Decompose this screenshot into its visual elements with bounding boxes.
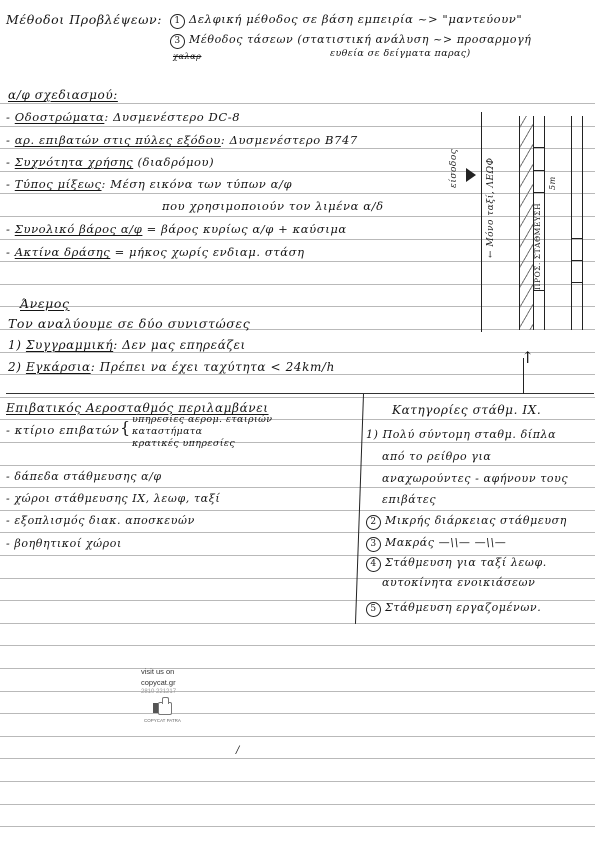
thumbs-up-icon <box>153 697 173 713</box>
ruled-line <box>0 103 595 104</box>
number-circle: 4 <box>366 557 381 572</box>
stall-divider <box>533 192 544 193</box>
design-item-text: που χρησιμοποιούν τον λιμένα α/δ <box>162 199 384 213</box>
design-item-text: : Μέση εικόνα των τύπων α/φ <box>102 177 293 191</box>
design-item-label: Ακτίνα δράσης <box>15 245 111 259</box>
design-item-label: αρ. επιβατών στις πύλες εξόδου <box>15 133 221 147</box>
ruled-line <box>0 465 595 466</box>
design-heading: α/φ σχεδιασμού: <box>8 88 118 102</box>
ruled-line <box>0 239 595 240</box>
design-item: - Οδοστρώματα: Δυσμενέστερο DC-8 <box>6 110 240 124</box>
stamp-phone: 2810 221217 <box>141 689 176 695</box>
parking-item-text: αναχωρούντες - αφήνουν τους <box>382 472 568 485</box>
number-circle: 3 <box>170 34 185 49</box>
brace-icon: { <box>120 418 131 437</box>
ruled-line <box>0 487 595 488</box>
terminal-item: - εξοπλισμός διακ. αποσκευών <box>6 514 195 527</box>
wind-item-text: : Πρέπει να έχει ταχύτητα < 24km/h <box>91 360 335 374</box>
road-edge <box>481 112 482 332</box>
parking-item-cont: επιβάτες <box>382 493 436 506</box>
design-item-label: Συνολικό βάρος α/φ <box>15 222 143 236</box>
ruled-line <box>0 171 595 172</box>
terminal-item: - δάπεδα στάθμευσης α/φ <box>6 470 162 483</box>
ruled-line <box>0 781 595 782</box>
design-item: - αρ. επιβατών στις πύλες εξόδου: Δυσμεν… <box>6 133 358 147</box>
ruled-line <box>0 442 595 443</box>
ruled-line <box>0 826 595 827</box>
method-3-cont: ευθεία σε δείγματα παρας) <box>330 48 471 59</box>
divider-connector <box>523 358 524 394</box>
ruled-line <box>0 623 595 624</box>
parking-item: 3Μακράς —\\— —\\— <box>366 536 506 552</box>
stamp-brand: COPYCAT PATRA <box>144 718 181 723</box>
ruled-line <box>0 532 595 533</box>
number-circle: 3 <box>366 537 381 552</box>
wind-heading: Άνεμος <box>20 296 70 311</box>
width-label: 5m <box>548 176 557 190</box>
parking-item-text: Μακράς —\\— —\\— <box>385 536 506 549</box>
stall-divider <box>533 147 544 148</box>
parking-item-cont: αναχωρούντες - αφήνουν τους <box>382 472 568 485</box>
ruled-line <box>0 419 595 420</box>
parking-item: 1) Πολύ σύντομη σταθμ. δίπλα <box>366 428 556 441</box>
page-title: Μέθοδοι Προβλέψεων: <box>6 12 162 27</box>
stamp-line1: visit us on <box>141 667 174 676</box>
number-circle: 5 <box>366 602 381 617</box>
parking-item-text: από το ρείθρο για <box>382 450 491 463</box>
design-item: - Συνολικό βάρος α/φ = βάρος κυρίως α/φ … <box>6 222 347 236</box>
parking-item: 5Στάθμευση εργαζομένων. <box>366 601 541 617</box>
parking-item-cont: αυτοκίνητα ενοικιάσεων <box>382 576 535 589</box>
ruled-line <box>0 645 595 646</box>
method-1: 1Δελφική μέθοδος σε βάση εμπειρία ~> "μα… <box>170 12 522 29</box>
design-item: - Συχνότητα χρήσης (διαδρόμου) <box>6 155 214 169</box>
parking-item-text: Στάθμευση για ταξί λεωφ. <box>385 556 547 569</box>
parking-item: 2Μικρής διάρκειας στάθμευση <box>366 514 567 530</box>
design-item-text: : Δυσμενέστερο DC-8 <box>104 110 240 124</box>
stall-divider <box>533 290 544 291</box>
wind-item-label: Εγκάρσια <box>26 360 91 374</box>
parking-item-text: Πολύ σύντομη σταθμ. δίπλα <box>383 428 557 441</box>
curb-line <box>571 116 572 330</box>
terminal-building: - κτίριο επιβατών <box>6 423 119 437</box>
parking-edge <box>544 116 545 330</box>
strip-edge <box>519 116 520 330</box>
wind-item-label: Συγγραμμική <box>26 338 113 352</box>
parking-label: ΠΡΟΣ. ΣΤΑΘΜΕΥΣΗ <box>533 203 542 290</box>
building-subitem: καταστήματα <box>132 426 202 437</box>
design-item-text: (διαδρόμου) <box>133 155 214 169</box>
terminal-heading: Επιβατικός Αεροσταθμός περιλαμβάνει <box>6 401 269 415</box>
stall-divider <box>533 170 544 171</box>
ruled-line <box>0 352 595 353</box>
ruled-line <box>0 261 595 262</box>
parking-item-text: Μικρής διάρκειας στάθμευση <box>385 514 567 527</box>
parking-item: 4Στάθμευση για ταξί λεωφ. <box>366 556 547 572</box>
method-3: 3Μέθοδος τάσεων (στατιστική ανάλυση ~> π… <box>170 33 532 49</box>
design-item-text: = μήκος χωρίς ενδιαμ. στάση <box>110 245 304 259</box>
design-item-label: Συχνότητα χρήσης <box>15 155 133 169</box>
design-item: - Ακτίνα δράσης = μήκος χωρίς ενδιαμ. στ… <box>6 245 305 259</box>
stray-mark: / <box>236 745 240 756</box>
number-circle: 2 <box>366 515 381 530</box>
ruled-line <box>0 736 595 737</box>
ruled-line <box>0 193 595 194</box>
entrance-arrow-icon <box>466 168 476 182</box>
building-subitem: κρατικές υπηρεσίες <box>132 438 235 449</box>
ruled-line <box>0 691 595 692</box>
ruled-line <box>0 126 595 127</box>
taxi-label: ← Μόνο ταξί, ΛΕΩΦ <box>486 158 496 258</box>
parking-item-text: αυτοκίνητα ενοικιάσεων <box>382 576 535 589</box>
scribble: χαλαρ <box>173 52 201 61</box>
design-item: - Τύπος μίξεως: Μέση εικόνα των τύπων α/… <box>6 177 292 191</box>
ruled-line <box>0 510 595 511</box>
design-item-text: = βάρος κυρίως α/φ + καύσιμα <box>142 222 346 236</box>
curb-divider <box>571 282 582 283</box>
number-circle: 1 <box>170 14 185 29</box>
parking-item-cont: από το ρείθρο για <box>382 450 491 463</box>
ruled-line <box>0 306 595 307</box>
wind-item: 2) Εγκάρσια: Πρέπει να έχει ταχύτητα < 2… <box>8 360 335 374</box>
hatched-strip <box>520 116 534 330</box>
stamp-url[interactable]: copycat.gr <box>141 678 176 687</box>
ruled-line <box>0 374 595 375</box>
design-item-text: : Δυσμενέστερο B747 <box>221 133 358 147</box>
design-item: που χρησιμοποιούν τον λιμένα α/δ <box>162 199 384 213</box>
curb-divider <box>571 238 582 239</box>
ruled-line <box>0 284 595 285</box>
design-item-label: Οδοστρώματα <box>15 110 105 124</box>
ruled-line <box>0 713 595 714</box>
section-divider <box>6 393 594 394</box>
building-subitem: υπηρεσίες αερομ. εταιριών <box>132 414 272 425</box>
curb-line <box>582 116 583 330</box>
ruled-line <box>0 397 595 398</box>
ruled-line <box>0 668 595 669</box>
ruled-line <box>0 758 595 759</box>
parking-heading: Κατηγορίες στάθμ. ΙΧ. <box>392 403 541 417</box>
ruled-line <box>0 148 595 149</box>
wind-item: 1) Συγγραμμική: Δεν μας επηρεάζει <box>8 338 246 352</box>
column-divider <box>355 394 364 624</box>
ruled-line <box>0 216 595 217</box>
design-item-label: Τύπος μίξεως <box>15 177 102 191</box>
curb-divider <box>571 260 582 261</box>
wind-item-text: : Δεν μας επηρεάζει <box>113 338 246 352</box>
wind-intro: Τον αναλύουμε σε δύο συνιστώσες <box>8 316 250 331</box>
parking-item-text: Στάθμευση εργαζομένων. <box>385 601 541 614</box>
parking-item-text: επιβάτες <box>382 493 436 506</box>
terminal-item: - βοηθητικοί χώροι <box>6 537 122 550</box>
entrance-label: είσοδος <box>449 149 459 188</box>
terminal-item: - χώροι στάθμευσης ΙΧ, λεωφ, ταξί <box>6 492 220 505</box>
ruled-line <box>0 804 595 805</box>
